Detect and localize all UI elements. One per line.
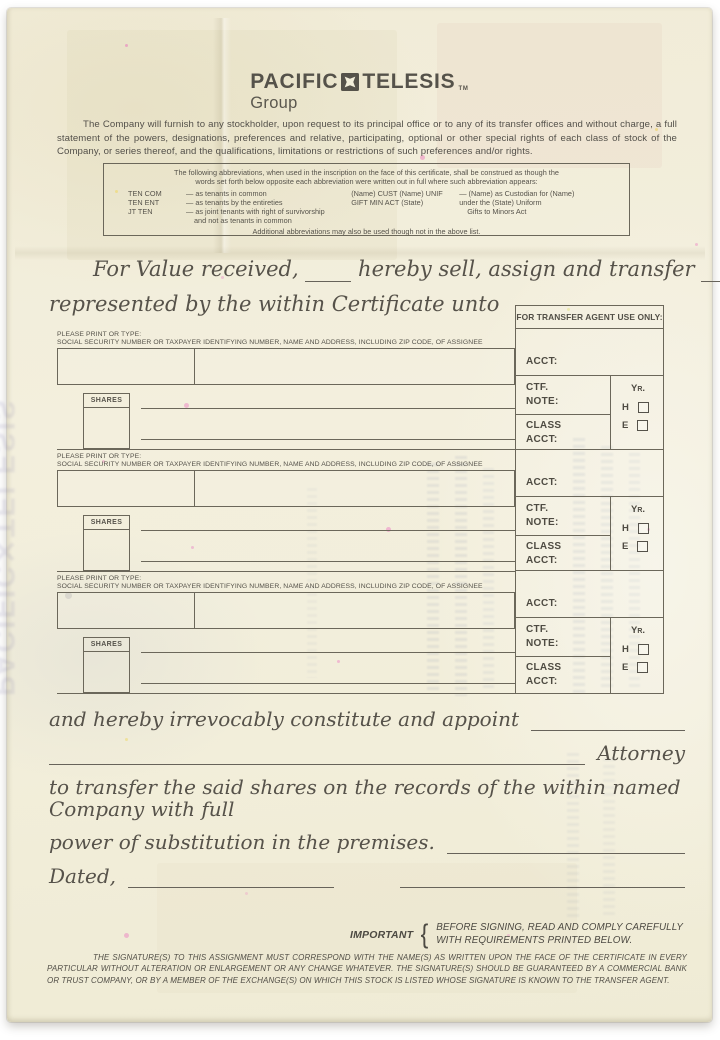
attorney-word: Attorney (597, 742, 685, 764)
acct-label: ACCT: (516, 329, 663, 376)
assignee-section-3: PLEASE PRINT OR TYPE: SOCIAL SECURITY NU… (57, 572, 515, 693)
assignment-opening-line: For Value received, hereby sell, assign … (93, 257, 720, 282)
abbrev-intro-line1: The following abbreviations, when used i… (112, 168, 621, 177)
abbrev-term: TEN COM (128, 189, 186, 198)
important-line1: BEFORE SIGNING, READ AND COMPLY CAREFULL… (436, 922, 683, 933)
share-count-blank[interactable] (701, 257, 720, 282)
abbrev-intro-line2: words set forth below opposite each abbr… (112, 177, 621, 186)
transfer-agent-header: FOR TRANSFER AGENT USE ONLY: (516, 306, 663, 329)
telesis-star-logo-icon (341, 73, 359, 91)
write-line[interactable] (141, 439, 515, 440)
transfer-shares-text: to transfer the said shares on the recor… (49, 776, 685, 820)
signature-guarantee-notice: THE SIGNATURE(S) TO THIS ASSIGNMENT MUST… (47, 952, 687, 986)
e-year-checkbox[interactable] (637, 541, 648, 552)
class-acct-label: ACCT: (526, 434, 558, 445)
identifying-number-label: SOCIAL SECURITY NUMBER OR TAXPAYER IDENT… (57, 339, 515, 347)
shares-label: SHARES (83, 515, 130, 530)
signature-line-2[interactable] (400, 865, 685, 888)
write-line[interactable] (141, 652, 515, 653)
h-label: H (622, 402, 629, 413)
for-value-received-text: For Value received, (93, 257, 299, 281)
brand-header: PACIFIC TELESIS TM Group (7, 70, 712, 113)
write-line[interactable] (141, 408, 515, 409)
abbrev-left-column: TEN COM— as tenants in common TEN ENT— a… (112, 189, 351, 226)
attorney-appointment-block: and hereby irrevocably constitute and ap… (49, 708, 685, 899)
write-line[interactable] (141, 683, 515, 684)
brace-glyph: { (421, 921, 429, 948)
abbrev-term (351, 207, 459, 216)
h-year-checkbox[interactable] (638, 402, 649, 413)
abbreviations-box: The following abbreviations, when used i… (103, 163, 630, 236)
important-line2: WITH REQUIREMENTS PRINTED BELOW. (436, 935, 632, 946)
power-substitution-text: power of substitution in the premises. (49, 831, 435, 853)
e-label: E (622, 662, 628, 673)
e-year-checkbox[interactable] (637, 662, 648, 673)
class-label: CLASS (526, 541, 561, 552)
shares-label: SHARES (83, 637, 130, 652)
name-address-field[interactable] (195, 471, 514, 506)
abbrev-definition: — as tenants in common (186, 189, 351, 198)
abbrev-definition: under the (State) Uniform (459, 198, 621, 207)
date-line[interactable] (128, 865, 334, 888)
brand-word-telesis: TELESIS (362, 70, 455, 94)
yr-label: Yr. (631, 625, 645, 636)
class-label: CLASS (526, 420, 561, 431)
h-label: H (622, 644, 629, 655)
shares-count-field[interactable] (83, 652, 130, 693)
attorney-name-line-2[interactable] (49, 742, 585, 765)
assignee-entry-column: PLEASE PRINT OR TYPE: SOCIAL SECURITY NU… (57, 328, 515, 694)
h-label: H (622, 523, 629, 534)
acct-label: ACCT: (516, 571, 663, 618)
assignee-info-box (57, 348, 515, 385)
note-label: NOTE: (526, 396, 559, 407)
abbrev-term: JT TEN (128, 207, 186, 216)
note-label: NOTE: (526, 517, 559, 528)
brand-word-pacific: PACIFIC (250, 70, 338, 94)
transfer-agent-column: FOR TRANSFER AGENT USE ONLY: ACCT: CTF.N… (515, 305, 664, 694)
class-acct-label: ACCT: (526, 555, 558, 566)
assignee-info-box (57, 470, 515, 507)
assignor-name-blank[interactable] (305, 257, 351, 282)
abbrev-term: TEN ENT (128, 198, 186, 207)
abbrev-definition: Gifts to Minors Act (459, 207, 621, 216)
abbrev-definition: and not as tenants in common (186, 216, 351, 225)
ctf-label: CTF. (526, 624, 548, 635)
yr-label: Yr. (631, 383, 645, 394)
shares-label: SHARES (83, 393, 130, 408)
constitute-appoint-text: and hereby irrevocably constitute and ap… (49, 708, 519, 730)
company-statement-paragraph: The Company will furnish to any stockhol… (57, 118, 677, 159)
shares-box: SHARES (83, 393, 130, 449)
print-or-type-label: PLEASE PRINT OR TYPE: (57, 453, 515, 461)
ctf-label: CTF. (526, 382, 548, 393)
acct-label: ACCT: (516, 450, 663, 497)
brand-group-label: Group (250, 94, 468, 113)
write-line[interactable] (141, 530, 515, 531)
assignee-section-1: PLEASE PRINT OR TYPE: SOCIAL SECURITY NU… (57, 328, 515, 450)
assignee-section-2: PLEASE PRINT OR TYPE: SOCIAL SECURITY NU… (57, 450, 515, 572)
attorney-name-line[interactable] (531, 708, 685, 731)
note-label: NOTE: (526, 638, 559, 649)
sell-assign-transfer-text: hereby sell, assign and transfer (358, 257, 695, 281)
scanned-page: PACIFIC✕TELESIS PACIFIC (0, 0, 720, 1040)
e-label: E (622, 420, 628, 431)
assignment-table: PLEASE PRINT OR TYPE: SOCIAL SECURITY NU… (57, 305, 664, 694)
abbrev-footer-note: Additional abbreviations may also be use… (112, 227, 621, 236)
trademark-symbol: TM (458, 86, 468, 92)
abbrev-definition: — (Name) as Custodian for (Name) (459, 189, 621, 198)
ctf-label: CTF. (526, 503, 548, 514)
name-address-field[interactable] (195, 349, 514, 384)
class-label: CLASS (526, 662, 561, 673)
abbrev-term: GIFT MIN ACT (State) (351, 198, 459, 207)
yr-label: Yr. (631, 504, 645, 515)
signature-line[interactable] (447, 831, 685, 854)
class-acct-label: ACCT: (526, 676, 558, 687)
abbrev-right-column: (Name) CUST (Name) UNIF— (Name) as Custo… (351, 189, 621, 226)
abbrev-term: (Name) CUST (Name) UNIF (351, 189, 459, 198)
certificate-back: PACIFIC✕TELESIS PACIFIC (7, 8, 712, 1022)
h-year-checkbox[interactable] (638, 644, 649, 655)
shares-count-field[interactable] (83, 408, 130, 449)
transfer-agent-group-2: ACCT: CTF.NOTE: CLASSACCT: Yr. H E (516, 450, 663, 571)
ssn-field[interactable] (58, 349, 195, 384)
dated-label: Dated, (49, 865, 116, 887)
write-line[interactable] (141, 561, 515, 562)
ssn-field[interactable] (58, 471, 195, 506)
important-label: IMPORTANT (350, 929, 413, 941)
assignee-info-box (57, 592, 515, 629)
transfer-agent-group-3: ACCT: CTF.NOTE: CLASSACCT: Yr. H E (516, 571, 663, 693)
important-notice: IMPORTANT { BEFORE SIGNING, READ AND COM… (7, 921, 683, 948)
print-or-type-label: PLEASE PRINT OR TYPE: (57, 331, 515, 339)
e-label: E (622, 541, 628, 552)
abbrev-definition: — as joint tenants with right of survivo… (186, 207, 351, 216)
shares-box: SHARES (83, 637, 130, 693)
transfer-agent-group-1: ACCT: CTF.NOTE: CLASSACCT: Yr. H E (516, 329, 663, 450)
e-year-checkbox[interactable] (637, 420, 648, 431)
shares-count-field[interactable] (83, 530, 130, 571)
print-or-type-label: PLEASE PRINT OR TYPE: (57, 575, 515, 583)
shares-box: SHARES (83, 515, 130, 571)
h-year-checkbox[interactable] (638, 523, 649, 534)
identifying-number-label: SOCIAL SECURITY NUMBER OR TAXPAYER IDENT… (57, 461, 515, 469)
abbrev-definition: — as tenants by the entireties (186, 198, 351, 207)
abbrev-term (128, 216, 186, 225)
ssn-field[interactable] (58, 593, 195, 628)
identifying-number-label: SOCIAL SECURITY NUMBER OR TAXPAYER IDENT… (57, 583, 515, 591)
name-address-field[interactable] (195, 593, 514, 628)
